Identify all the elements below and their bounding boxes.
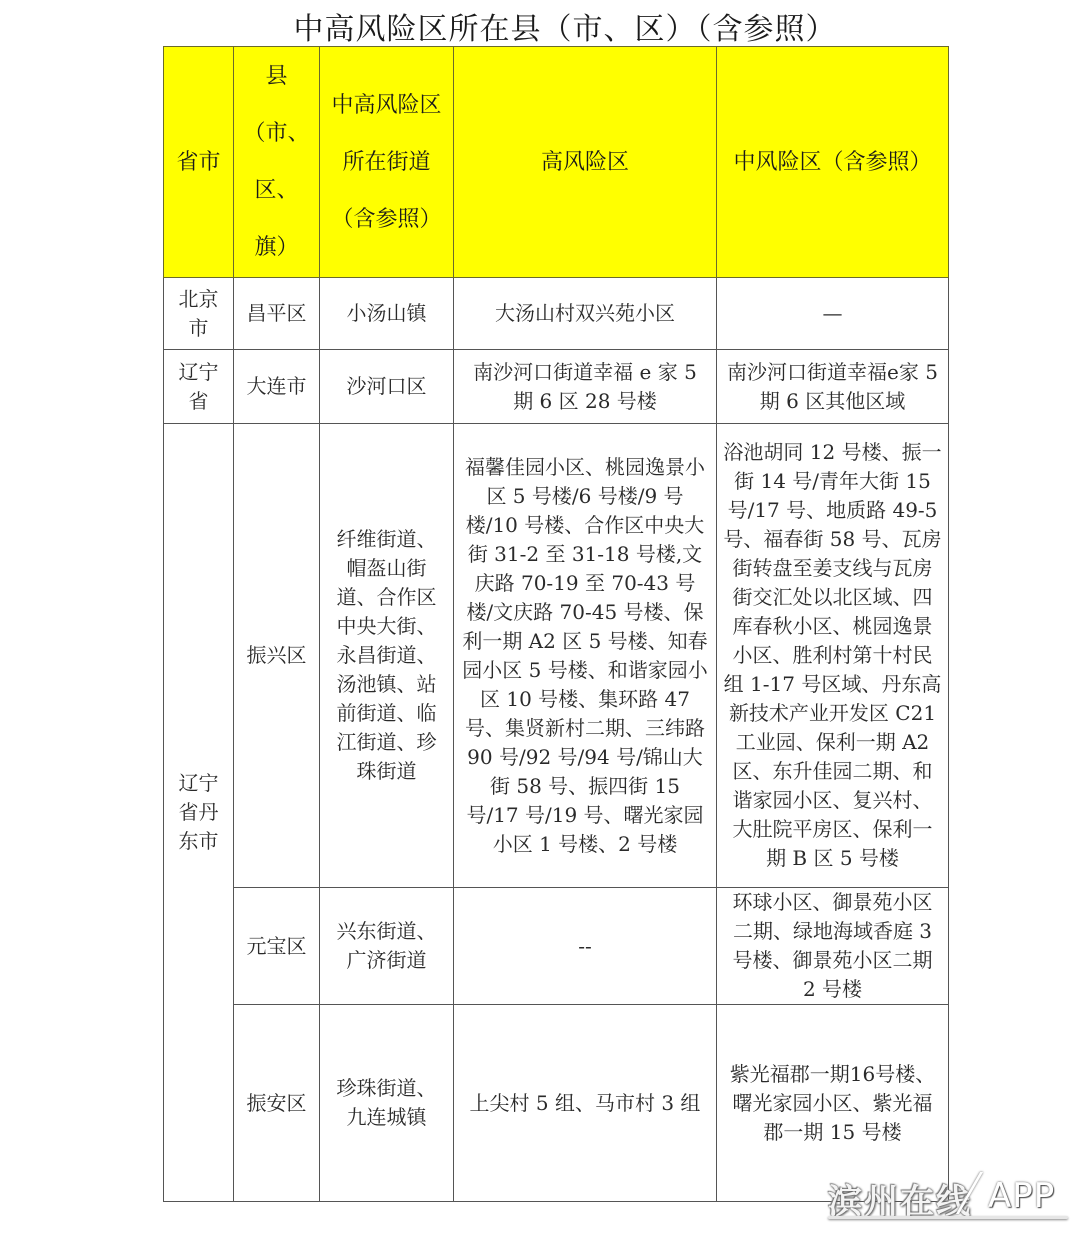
province-cell: 北京市 [164,278,234,350]
high-risk-cell: 大汤山村双兴苑小区 [454,278,717,350]
table-row: 辽宁省丹东市 振兴区 纤维街道、帽盔山街道、合作区中央大街、永昌街道、汤池镇、站… [164,424,949,888]
header-high-risk-label: 高风险区 [541,150,629,175]
header-province-label: 省市 [176,150,220,175]
watermark-suffix: APP [988,1176,1055,1216]
medium-risk-cell: 环球小区、御景苑小区二期、绿地海域香庭 3 号楼、御景苑小区二期 2 号楼 [717,888,949,1005]
header-province: 省市 [164,47,234,278]
header-county: 县（市、区、旗） [234,47,320,278]
street-cell: 珍珠街道、九连城镇 [320,1005,454,1202]
street-cell: 小汤山镇 [320,278,454,350]
header-high-risk: 高风险区 [454,47,717,278]
county-cell: 大连市 [234,350,320,424]
county-cell: 元宝区 [234,888,320,1005]
street-cell: 沙河口区 [320,350,454,424]
watermark-logo: 滨州在线 APP [828,1170,1078,1220]
county-cell: 昌平区 [234,278,320,350]
table-row: 元宝区 兴东街道、广济街道 -- 环球小区、御景苑小区二期、绿地海域香庭 3 号… [164,888,949,1005]
high-risk-cell: -- [454,888,717,1005]
table-row: 北京市 昌平区 小汤山镇 大汤山村双兴苑小区 — [164,278,949,350]
medium-risk-cell: 浴池胡同 12 号楼、振一街 14 号/青年大街 15 号/17 号、地质路 4… [717,424,949,888]
table-row: 辽宁省 大连市 沙河口区 南沙河口街道幸福 e 家 5 期 6 区 28 号楼 … [164,350,949,424]
province-cell: 辽宁省 [164,350,234,424]
header-medium-risk: 中风险区（含参照） [717,47,949,278]
header-county-label: 县（市、区、旗） [243,64,309,260]
header-street-label: 中高风险区所在街道（含参照） [331,93,441,232]
page-title: 中高风险区所在县（市、区）（含参照） [0,4,1080,48]
watermark-underline [828,1216,1068,1219]
province-cell: 辽宁省丹东市 [164,424,234,1202]
county-cell: 振兴区 [234,424,320,888]
medium-risk-cell: 南沙河口街道幸福e家 5 期 6 区其他区域 [717,350,949,424]
header-medium-risk-label: 中风险区（含参照） [733,150,931,175]
county-cell: 振安区 [234,1005,320,1202]
high-risk-cell: 上尖村 5 组、马市村 3 组 [454,1005,717,1202]
table-header-row: 省市 县（市、区、旗） 中高风险区所在街道（含参照） 高风险区 中风险区（含参照… [164,47,949,278]
street-cell: 纤维街道、帽盔山街道、合作区中央大街、永昌街道、汤池镇、站前街道、临江街道、珍珠… [320,424,454,888]
risk-area-table: 省市 县（市、区、旗） 中高风险区所在街道（含参照） 高风险区 中风险区（含参照… [163,46,949,1202]
medium-risk-cell: — [717,278,949,350]
header-street: 中高风险区所在街道（含参照） [320,47,454,278]
street-cell: 兴东街道、广济街道 [320,888,454,1005]
high-risk-cell: 南沙河口街道幸福 e 家 5 期 6 区 28 号楼 [454,350,717,424]
high-risk-cell: 福馨佳园小区、桃园逸景小区 5 号楼/6 号楼/9 号楼/10 号楼、合作区中央… [454,424,717,888]
